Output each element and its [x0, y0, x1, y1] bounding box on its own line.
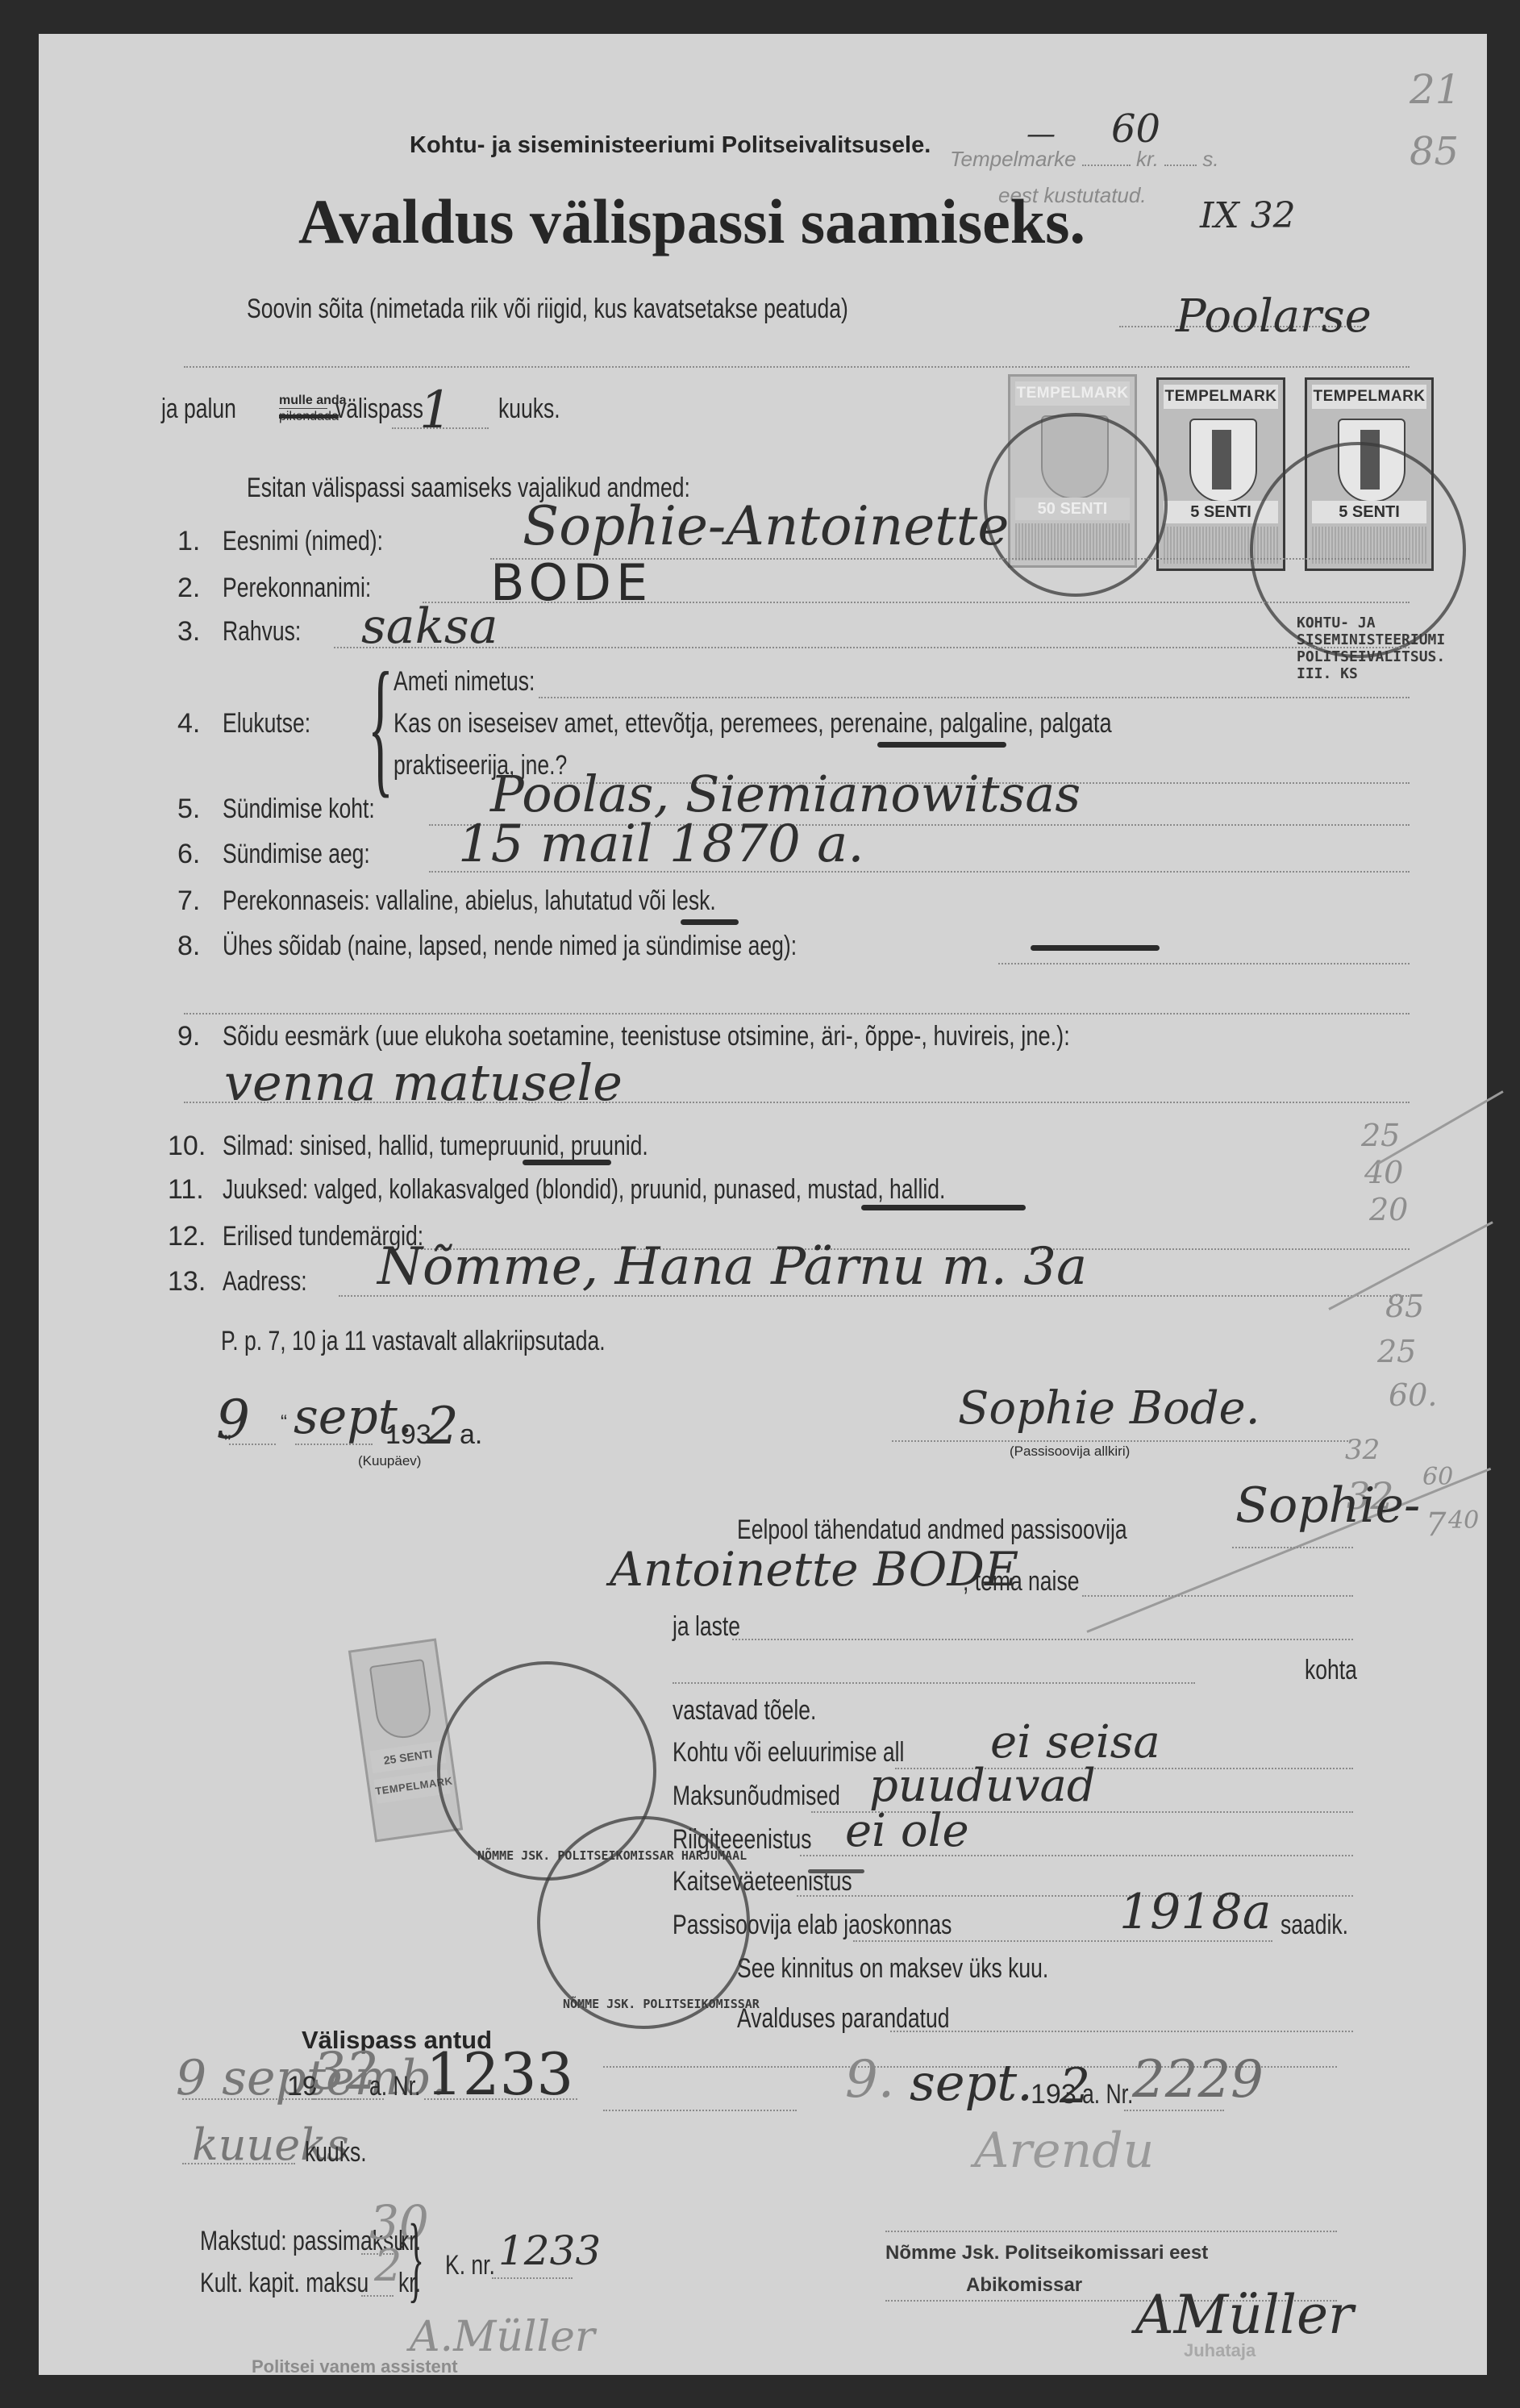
validity-text: See kinnitus on maksev üks kuu. — [737, 1953, 1136, 1985]
verification-name-1: Sophie- — [1235, 1477, 1420, 1534]
official-signature: AMüller — [1135, 2284, 1354, 2346]
resides-value: 1918a — [1119, 1884, 1271, 1940]
field-6-label: Sündimise aeg: — [223, 839, 411, 870]
pencil-calc-4: 85 — [1385, 1289, 1424, 1324]
official-seal-top-left — [984, 413, 1168, 597]
corner-mark-top: 21 — [1410, 66, 1461, 113]
request-option-give: mulle anda — [279, 394, 327, 409]
pencil-calc-3: 20 — [1369, 1192, 1408, 1227]
fee-kr-value: — — [1027, 118, 1056, 151]
true-label: vastavad tõele. — [673, 1695, 857, 1727]
field-11-label: Juuksed: valged, kollakasvalged (blondid… — [223, 1174, 1149, 1206]
destination-value: Poolarse — [1176, 290, 1372, 343]
wife-label: , tema naise — [963, 1566, 1112, 1598]
date-caption: (Kuupäev) — [358, 1453, 421, 1469]
field-1-num: 1. — [177, 526, 200, 557]
fee-s-label: s. — [1202, 147, 1218, 171]
official-stamp-line1: Nõmme Jsk. Politseikomissari eest — [885, 2242, 1208, 2264]
field-10-label: Silmad: sinised, hallid, tumepruunid, pr… — [223, 1131, 768, 1162]
field-3-num: 3. — [177, 616, 200, 648]
request-suffix: kuuks. — [498, 394, 577, 425]
field-1-value: Sophie-Antoinette — [523, 495, 1009, 557]
faint-juhataja-stamp: Juhataja — [1184, 2340, 1256, 2361]
underline-perenaine — [877, 742, 1006, 748]
field-9-label: Sõidu eesmärk (uue elukoha soetamine, te… — [223, 1021, 1281, 1052]
form-title: Avaldus välispassi saamiseks. — [298, 185, 1085, 258]
field-5-num: 5. — [177, 794, 200, 825]
field-6-value: 15 mail 1870 a. — [458, 814, 864, 874]
underline-pruunid — [523, 1160, 611, 1165]
request-prefix: ja palun — [161, 394, 257, 425]
issued-right-day: 9. — [845, 2050, 894, 2110]
issued-right-month: sept. — [910, 2053, 1033, 2112]
resides-suffix: saadik. — [1281, 1910, 1368, 1941]
brace: { — [368, 650, 394, 803]
field-1-label: Eesnimi (nimed): — [223, 526, 428, 557]
assistant-signature: A.Müller — [410, 2313, 595, 2361]
field-9-value: venna matusele — [224, 1053, 623, 1112]
field-4-label: Elukutse: — [223, 708, 335, 739]
field-6-num: 6. — [177, 839, 200, 870]
addressee: Kohtu- ja siseministeeriumi Politseivali… — [410, 132, 931, 159]
official-stamp-line2: Abikomissar — [966, 2274, 1082, 2297]
underline-mustad-hallid — [861, 1205, 1026, 1210]
coat-of-arms-icon — [369, 1659, 434, 1742]
field-10-num: 10. — [168, 1131, 206, 1162]
field-4-sub1: Ameti nimetus: — [394, 666, 575, 698]
field-11-num: 11. — [168, 1174, 204, 1206]
fee-stamp-tempelmarke: Tempelmarke — [950, 147, 1076, 171]
fee-date-written: IX 32 — [1200, 195, 1296, 236]
fee-stamp-label: Tempelmarke kr. s. — [950, 147, 1219, 172]
field-8-label: Ühes sõidab (naine, lapsed, nende nimed … — [223, 931, 959, 962]
field-5-label: Sündimise koht: — [223, 794, 418, 825]
field-13-label: Aadress: — [223, 1266, 331, 1298]
pencil-calc-11: 40 — [1448, 1506, 1479, 1535]
field-4-sub2: Kas on iseseisev amet, ettevõtja, pereme… — [394, 708, 1291, 739]
pencil-calc-10: 7 — [1426, 1506, 1446, 1544]
request-months-value: 1 — [419, 381, 452, 440]
upper-official-signature: Arendu — [974, 2123, 1154, 2179]
field-9-num: 9. — [177, 1021, 200, 1052]
fee-s-value: 60 — [1111, 106, 1160, 152]
field-13-num: 13. — [168, 1266, 206, 1298]
seal-top-text: KOHTU- JA SISEMINISTEERIUMI POLITSEIVALI… — [1297, 614, 1487, 682]
field-7-num: 7. — [177, 885, 200, 917]
request-option-extend: pikendada — [279, 410, 339, 424]
signed-year-suffix: 2 — [426, 1397, 459, 1456]
field-4-num: 4. — [177, 708, 200, 739]
k-nr-value: 1233 — [498, 2227, 601, 2274]
seal-politseikomissar-text: NÕMME JSK. POLITSEIKOMISSAR — [563, 1997, 760, 2011]
field-2-num: 2. — [177, 573, 200, 604]
field-2-value: BODE — [490, 553, 652, 612]
field-8-num: 8. — [177, 931, 200, 962]
payment-brace: { — [408, 2210, 424, 2306]
corner-mark-bottom: 85 — [1410, 129, 1459, 174]
tower-icon — [1212, 430, 1231, 490]
applicant-signature: Sophie Bode. — [958, 1382, 1260, 1435]
underline-lesk — [681, 919, 739, 925]
pencil-calc-7: 32 — [1345, 1434, 1380, 1466]
field-3-label: Rahvus: — [223, 616, 323, 648]
pencil-calc-1: 25 — [1361, 1118, 1400, 1153]
signed-year-prefix: 193 — [385, 1419, 431, 1451]
issued-number: 1233 — [426, 2040, 573, 2108]
application-form: Kohtu- ja siseministeeriumi Politseivali… — [39, 34, 1487, 2375]
verification-name-2: Antoinette BODE — [610, 1542, 1018, 1597]
kohta-label: kohta — [1305, 1655, 1372, 1686]
field-8-value-dash — [1031, 945, 1160, 951]
signed-day: 9 — [216, 1389, 250, 1451]
destination-prompt: Soovin sõita (nimetada riik või riigid, … — [247, 294, 1018, 325]
signature-caption: (Passisoovija allkiri) — [1010, 1444, 1130, 1460]
field-7-label: Perekonnaseis: vallaline, abielus, lahut… — [223, 885, 855, 917]
underline-instruction: P. p. 7, 10 ja 11 vastavalt allakriipsut… — [221, 1326, 714, 1357]
issued-right-number: 2229 — [1132, 2050, 1264, 2110]
field-13-value: Nõmme, Hana Pärnu m. 3a — [377, 1237, 1087, 1297]
field-12-num: 12. — [168, 1221, 206, 1252]
signed-a-label: a. — [460, 1419, 482, 1451]
pencil-calc-6: 60. — [1389, 1377, 1437, 1413]
pencil-calc-5: 25 — [1377, 1334, 1416, 1369]
state-service-value: ei ole — [845, 1805, 969, 1857]
defense-service-value-dash — [808, 1869, 864, 1873]
issued-months-suffix: kuuks. — [305, 2137, 384, 2168]
